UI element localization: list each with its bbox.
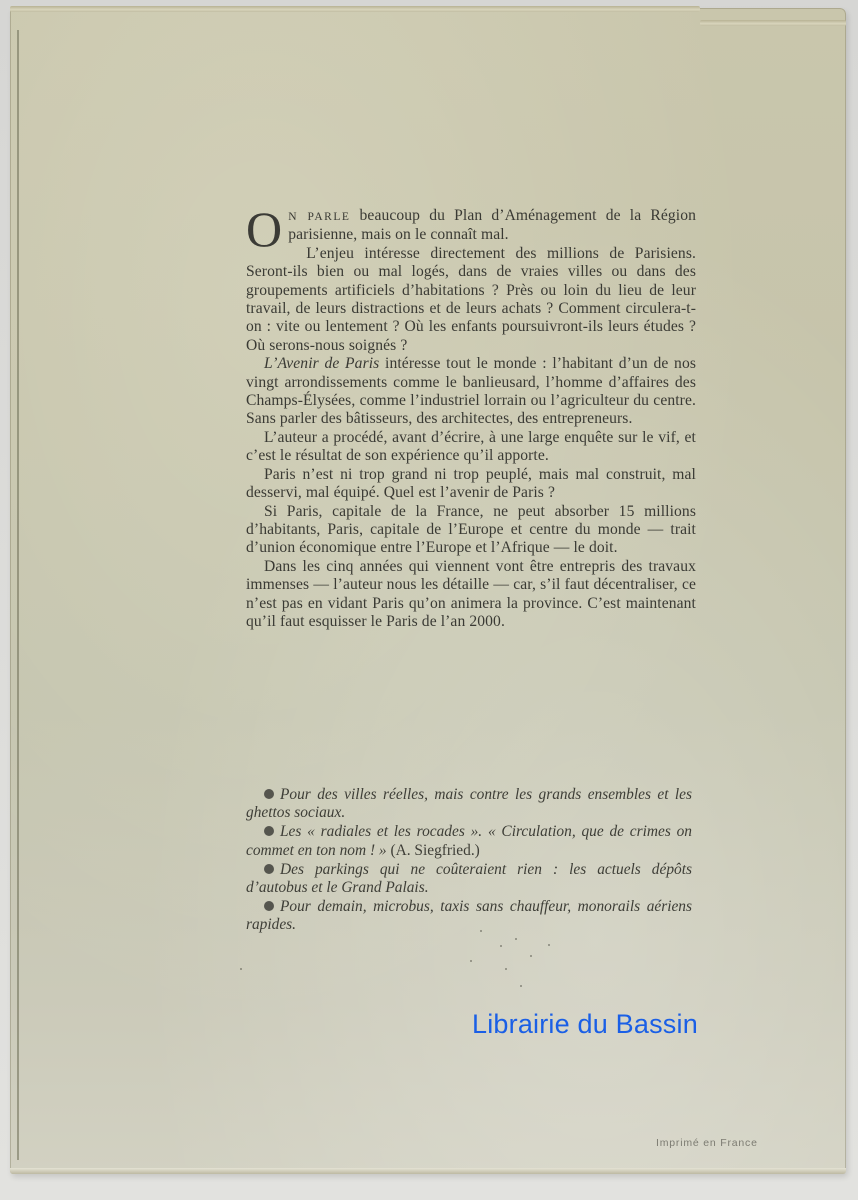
print-speck xyxy=(470,960,472,962)
print-speck xyxy=(480,930,482,932)
printed-in-france-label: Imprimé en France xyxy=(656,1137,758,1149)
print-speck xyxy=(530,955,532,957)
highlights-list: Pour des villes réelles, mais contre les… xyxy=(246,786,692,936)
bullet-dot-icon xyxy=(264,901,274,911)
print-speck xyxy=(515,938,517,940)
highlight-text: Pour des villes réelles, mais contre les… xyxy=(246,786,692,821)
highlight-item: Pour des villes réelles, mais contre les… xyxy=(246,786,692,822)
spine-fold-line xyxy=(17,30,19,1160)
blurb-paragraph-3: L’Avenir de Paris intéresse tout le mond… xyxy=(246,355,696,429)
highlight-item: Des parkings qui ne coûteraient rien : l… xyxy=(246,861,692,897)
drop-cap: O xyxy=(246,209,282,249)
blurb-paragraph-1: On parle beaucoup du Plan d’Aménagement … xyxy=(246,207,696,245)
highlight-item: Les « radiales et les rocades ». « Circu… xyxy=(246,823,692,859)
print-speck xyxy=(500,945,502,947)
print-speck xyxy=(505,968,507,970)
blurb-paragraph-2: L’enjeu intéresse directement des millio… xyxy=(246,245,696,355)
print-speck xyxy=(240,968,242,970)
opening-smallcaps: n parle xyxy=(288,211,350,223)
bullet-dot-icon xyxy=(264,864,274,874)
paragraph-text: Dans les cinq années qui viennent vont ê… xyxy=(246,558,696,630)
paragraph-text: Paris n’est ni trop grand ni trop peuplé… xyxy=(246,466,696,501)
highlight-text: Des parkings qui ne coûteraient rien : l… xyxy=(246,861,692,896)
cover-top-edge-torn xyxy=(700,20,846,26)
paragraph-text: L’enjeu intéresse directement des millio… xyxy=(246,245,696,354)
blurb-paragraph-7: Dans les cinq années qui viennent vont ê… xyxy=(246,558,696,632)
paragraph-text: Si Paris, capitale de la France, ne peut… xyxy=(246,503,696,557)
blurb-paragraph-6: Si Paris, capitale de la France, ne peut… xyxy=(246,503,696,558)
bullet-dot-icon xyxy=(264,789,274,799)
blurb-text: On parle beaucoup du Plan d’Aménagement … xyxy=(246,207,696,631)
bookseller-watermark: Librairie du Bassin xyxy=(472,1007,698,1041)
paragraph-text: L’auteur a procédé, avant d’écrire, à un… xyxy=(246,429,696,464)
blurb-paragraph-4: L’auteur a procédé, avant d’écrire, à un… xyxy=(246,429,696,466)
bullet-dot-icon xyxy=(264,826,274,836)
highlight-text: Pour demain, microbus, taxis sans chauff… xyxy=(246,898,692,933)
book-title-italic: L’Avenir de Paris xyxy=(264,355,379,372)
paragraph-text: beaucoup du Plan d’Aménagement de la Rég… xyxy=(288,207,696,243)
blurb-paragraph-5: Paris n’est ni trop grand ni trop peuplé… xyxy=(246,466,696,503)
cover-bottom-edge xyxy=(10,1168,846,1174)
highlight-item: Pour demain, microbus, taxis sans chauff… xyxy=(246,898,692,934)
cover-top-edge xyxy=(10,6,700,12)
print-speck xyxy=(520,985,522,987)
print-speck xyxy=(548,944,550,946)
highlight-attribution: (A. Siegfried.) xyxy=(390,842,479,859)
